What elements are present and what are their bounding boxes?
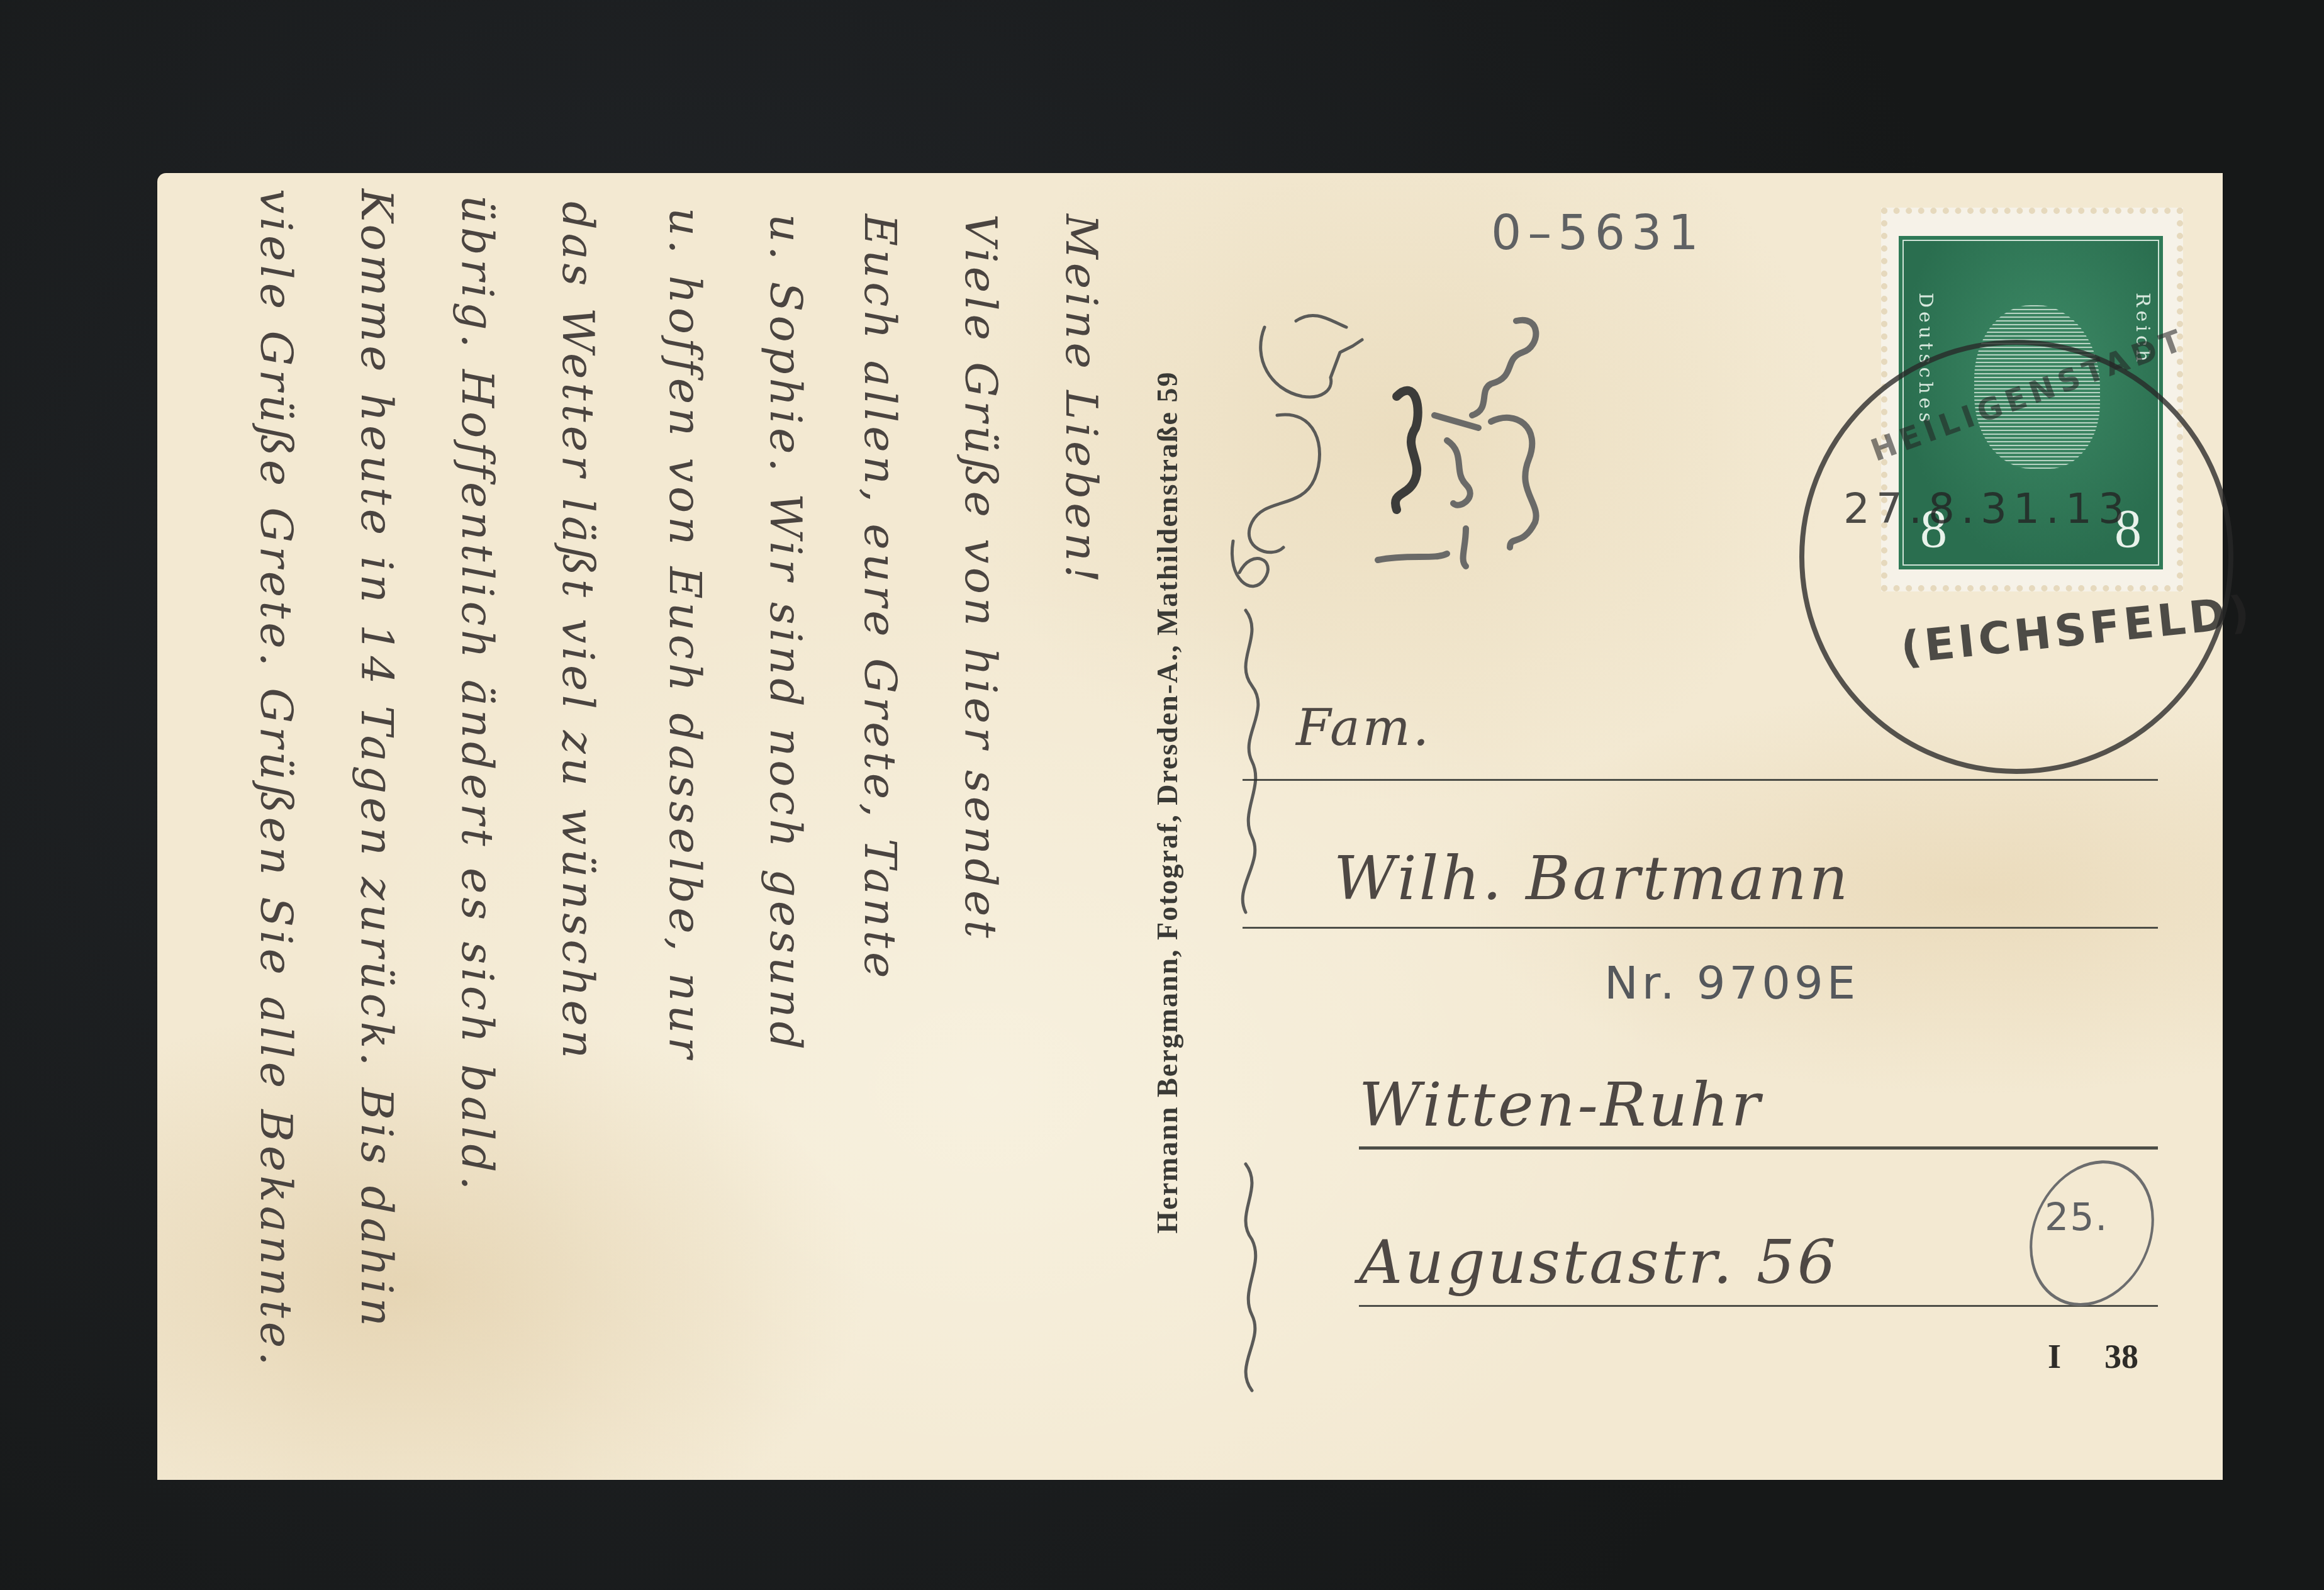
message-line: das Wetter läßt viel zu wünschen xyxy=(552,201,604,1062)
message-line: Meine Lieben! xyxy=(1056,214,1107,586)
address-rule-2 xyxy=(1243,927,2158,929)
address-line-family: Fam. xyxy=(1296,698,1431,757)
address-rule-4 xyxy=(1359,1305,2158,1307)
message-line: Viele Grüße von hier sendet xyxy=(955,214,1007,942)
message-line: u. Sophie. Wir sind noch gesund xyxy=(760,214,812,1053)
message-line: übrig. Hoffentlich ändert es sich bald. xyxy=(452,195,503,1194)
message-line: viele Grüße Grete. Grüßen Sie alle Bekan… xyxy=(250,189,302,1369)
message-line: Euch allen, eure Grete, Tante xyxy=(854,214,906,982)
address-pencil-note: Nr. 9709E xyxy=(1604,956,1859,1009)
address-rule-1 xyxy=(1243,779,2158,781)
message-line: Komme heute in 14 Tagen zurück. Bis dahi… xyxy=(351,189,403,1330)
address-rule-3 xyxy=(1359,1146,2158,1150)
photographer-imprint: Hermann Bergmann, Fotograf, Dresden-A., … xyxy=(1151,371,1184,1233)
price-note: 25. xyxy=(2045,1195,2108,1240)
postmark-date: 27.8.31.13 xyxy=(1843,484,2131,533)
print-code-number: 38 xyxy=(2104,1337,2138,1376)
message-line: u. hoffen von Euch dasselbe, nur xyxy=(659,208,711,1062)
address-line-city: Witten-Ruhr xyxy=(1359,1070,1763,1140)
print-code-roman: I xyxy=(2048,1337,2061,1376)
address-line-name: Wilh. Bartmann xyxy=(1334,843,1850,914)
address-line-street: Augustastr. 56 xyxy=(1359,1227,1838,1297)
inventory-number: 0–5631 xyxy=(1491,204,1705,260)
